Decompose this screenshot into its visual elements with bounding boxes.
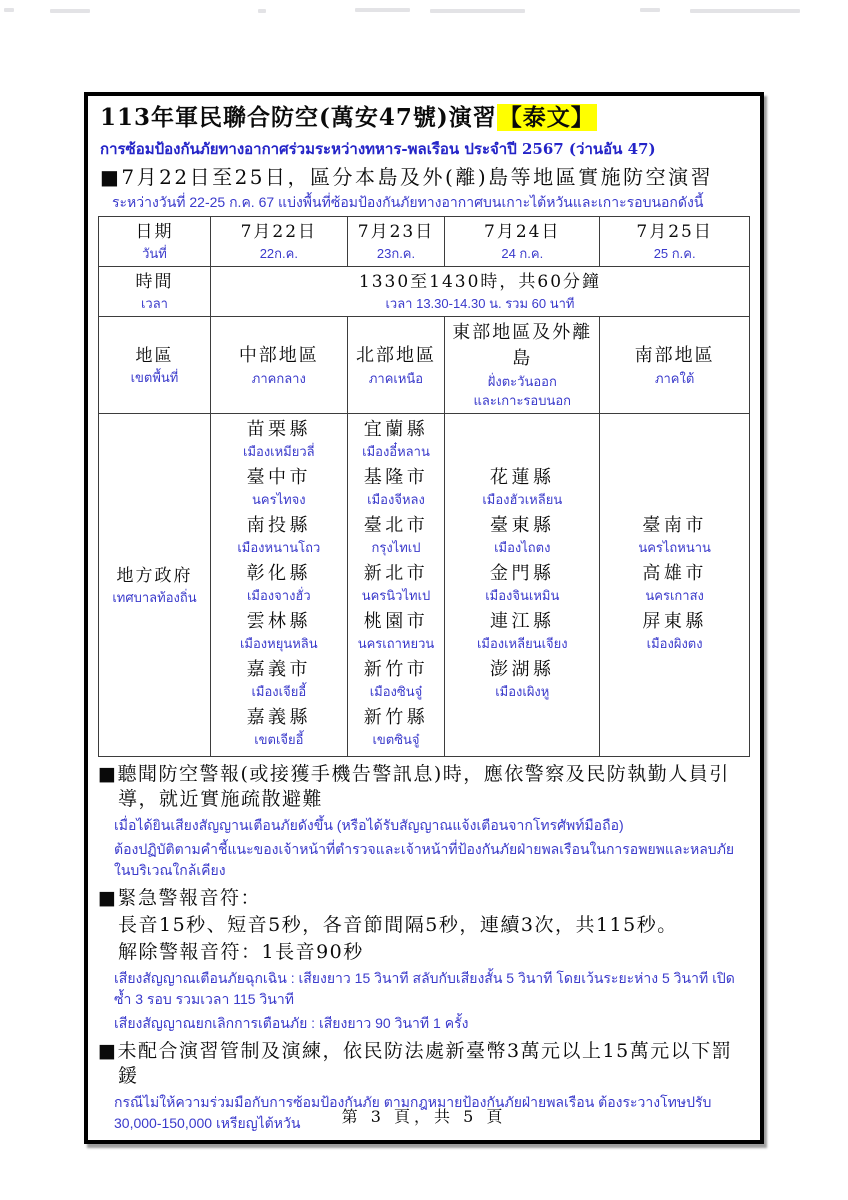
locality-item: 桃園市นครเถาหยวน — [350, 609, 443, 654]
locality-name-zh: 高雄市 — [602, 561, 747, 586]
title-text: 113年軍民聯合防空(萬安47號)演習 — [100, 104, 497, 131]
locality-name-th: เมืองจางฮั่ว — [213, 586, 345, 606]
locality-name-th: เมืองซินจู๋ — [350, 682, 443, 702]
note-th: เสียงสัญญาณยกเลิกการเตือนภัย : เสียงยาว … — [114, 1013, 750, 1034]
locality-item: 宜蘭縣เมืองอี๋หลาน — [350, 417, 443, 462]
locality-item: 臺南市นครไถหนาน — [602, 513, 747, 558]
region-zh: 中部地區 — [213, 343, 345, 369]
locality-name-th: เมืองจีหลง — [350, 490, 443, 510]
region-th: ภาคเหนือ — [350, 370, 443, 388]
note-th: เมื่อได้ยินเสียงสัญญานเตือนภัยดังขึ้น (ห… — [114, 815, 750, 836]
table-row-dates: 日期 วันที่ 7月22日 22ก.ค. 7月23日 23ก.ค. 7月24… — [99, 217, 750, 267]
row-label-time-th: เวลา — [101, 295, 208, 313]
locality-name-th: เมืองเหมียวลี่ — [213, 442, 345, 462]
note-zh-line: 解除警報音符：1長音90秒 — [98, 940, 750, 965]
locality-name-zh: 臺中市 — [213, 465, 345, 490]
note-siren-pattern: ■緊急警報音符： 長音15秒、短音5秒，各音節間隔5秒，連續3次，共115秒。 … — [98, 886, 750, 1034]
date-cell: 7月25日 25 ก.ค. — [600, 217, 750, 267]
date-zh: 7月25日 — [602, 220, 747, 244]
locality-name-th: เขตซินจู๋ — [350, 730, 443, 750]
note-zh: ■未配合演習管制及演練，依民防法處新臺幣3萬元以上15萬元以下罰鍰 — [98, 1039, 750, 1089]
locality-name-zh: 臺北市 — [350, 513, 443, 538]
scan-artifact — [258, 9, 266, 13]
locality-name-zh: 金門縣 — [447, 561, 597, 586]
notice-document: 113年軍民聯合防空(萬安47號)演習【泰文】 การซ้อมป้องกันภั… — [84, 92, 764, 1144]
locality-item: 臺北市กรุงไทเป — [350, 513, 443, 558]
locality-name-zh: 臺南市 — [602, 513, 747, 538]
region-th: ฝั่งตะวันออก — [447, 373, 597, 391]
date-th: 25 ก.ค. — [602, 245, 747, 263]
scan-artifact — [690, 9, 800, 13]
date-zh: 7月24日 — [447, 220, 597, 244]
locality-item: 彰化縣เมืองจางฮั่ว — [213, 561, 345, 606]
locality-name-th: นครไทจง — [213, 490, 345, 510]
locality-item: 基隆市เมืองจีหลง — [350, 465, 443, 510]
section-heading: ■7月22日至25日，區分本島及外(離)島等地區實施防空演習 — [100, 164, 750, 191]
locality-name-zh: 雲林縣 — [213, 609, 345, 634]
section-heading-thai: ระหว่างวันที่ 22-25 ก.ค. 67 แบ่งพื้นที่ซ… — [112, 193, 750, 211]
locality-item: 臺中市นครไทจง — [213, 465, 345, 510]
note-th: ต้องปฏิบัติตามคำชี้แนะของเจ้าหน้าที่ตำรว… — [114, 839, 750, 881]
table-row-local-governments: 地方政府 เทศบาลท้องถิ่น 苗栗縣เมืองเหมียวลี่臺中市… — [99, 414, 750, 757]
region-th: ภาคใต้ — [602, 370, 747, 388]
locality-name-zh: 嘉義縣 — [213, 705, 345, 730]
date-cell: 7月23日 23ก.ค. — [347, 217, 445, 267]
row-label-region-zh: 地區 — [101, 344, 208, 368]
region-zh: 東部地區及外離島 — [447, 320, 597, 372]
date-zh: 7月23日 — [350, 220, 443, 244]
row-label-gov-th: เทศบาลท้องถิ่น — [101, 589, 208, 607]
page-number: 第 3 頁，共 5 頁 — [0, 1104, 848, 1127]
region-cell-central: 中部地區 ภาคกลาง — [210, 317, 347, 414]
locality-list-south: 臺南市นครไถหนาน高雄市นครเกาสง屏東縣เมืองผิงตง — [600, 414, 750, 757]
subtitle-thai: การซ้อมป้องกันภัยทางอากาศร่วมระหว่างทหาร… — [100, 140, 750, 159]
note-zh: ■聽聞防空警報(或接獲手機告警訊息)時，應依警察及民防執勤人員引導，就近實施疏散… — [98, 762, 750, 812]
row-label-region: 地區 เขตพื้นที่ — [99, 317, 211, 414]
scan-artifact — [50, 9, 90, 13]
page-title: 113年軍民聯合防空(萬安47號)演習【泰文】 — [100, 103, 750, 133]
row-label-time: 時間 เวลา — [99, 267, 211, 317]
locality-item: 新竹市เมืองซินจู๋ — [350, 657, 443, 702]
locality-name-zh: 臺東縣 — [447, 513, 597, 538]
locality-name-th: เมืองเจียอี้ — [213, 682, 345, 702]
locality-list-central: 苗栗縣เมืองเหมียวลี่臺中市นครไทจง南投縣เมืองหนานโ… — [210, 414, 347, 757]
region-cell-east: 東部地區及外離島 ฝั่งตะวันออก และเกาะรอบนอก — [445, 317, 600, 414]
locality-name-th: เมืองฮัวเหลียน — [447, 490, 597, 510]
locality-item: 嘉義市เมืองเจียอี้ — [213, 657, 345, 702]
locality-list-east: 花蓮縣เมืองฮัวเหลียน臺東縣เมืองไถตง金門縣เมืองจิน… — [445, 414, 600, 757]
time-cell: 1330至1430時，共60分鐘 เวลา 13.30-14.30 น. รวม… — [210, 267, 749, 317]
date-th: 23ก.ค. — [350, 245, 443, 263]
table-row-regions: 地區 เขตพื้นที่ 中部地區 ภาคกลาง 北部地區 ภาคเหนือ… — [99, 317, 750, 414]
locality-name-th: เมืองไถตง — [447, 538, 597, 558]
date-th: 24 ก.ค. — [447, 245, 597, 263]
table-row-time: 時間 เวลา 1330至1430時，共60分鐘 เวลา 13.30-14.3… — [99, 267, 750, 317]
locality-item: 南投縣เมืองหนานโถว — [213, 513, 345, 558]
locality-item: 花蓮縣เมืองฮัวเหลียน — [447, 465, 597, 510]
row-label-date-zh: 日期 — [101, 220, 208, 244]
scan-artifact — [4, 8, 14, 12]
region-cell-north: 北部地區 ภาคเหนือ — [347, 317, 445, 414]
row-label-date-th: วันที่ — [101, 245, 208, 263]
locality-name-th: กรุงไทเป — [350, 538, 443, 558]
locality-name-zh: 苗栗縣 — [213, 417, 345, 442]
locality-name-zh: 宜蘭縣 — [350, 417, 443, 442]
scan-artifact — [430, 9, 525, 13]
locality-item: 金門縣เมืองจินเหมิน — [447, 561, 597, 606]
row-label-local-gov: 地方政府 เทศบาลท้องถิ่น — [99, 414, 211, 757]
locality-name-zh: 新竹縣 — [350, 705, 443, 730]
note-zh-line: 長音15秒、短音5秒，各音節間隔5秒，連續3次，共115秒。 — [98, 913, 750, 938]
locality-name-th: เมืองอี๋หลาน — [350, 442, 443, 462]
locality-item: 澎湖縣เมืองเผิงหู — [447, 657, 597, 702]
exercise-schedule-table: 日期 วันที่ 7月22日 22ก.ค. 7月23日 23ก.ค. 7月24… — [98, 216, 750, 757]
date-th: 22ก.ค. — [213, 245, 345, 263]
locality-name-th: เมืองเผิงหู — [447, 682, 597, 702]
locality-name-th: นครเถาหยวน — [350, 634, 443, 654]
note-zh-heading: ■緊急警報音符： — [98, 886, 750, 911]
scan-artifact — [355, 8, 410, 12]
time-th: เวลา 13.30-14.30 น. รวม 60 นาที — [213, 295, 747, 313]
row-label-gov-zh: 地方政府 — [101, 564, 208, 588]
locality-item: 嘉義縣เขตเจียอี้ — [213, 705, 345, 750]
note-th: เสียงสัญญาณเตือนภัยฉุกเฉิน : เสียงยาว 15… — [114, 968, 750, 1010]
locality-name-zh: 連江縣 — [447, 609, 597, 634]
locality-name-th: นครเกาสง — [602, 586, 747, 606]
locality-item: 高雄市นครเกาสง — [602, 561, 747, 606]
locality-name-zh: 南投縣 — [213, 513, 345, 538]
title-language-tag: 【泰文】 — [497, 104, 597, 131]
row-label-time-zh: 時間 — [101, 270, 208, 294]
locality-name-zh: 彰化縣 — [213, 561, 345, 586]
locality-name-th: เมืองผิงตง — [602, 634, 747, 654]
locality-name-th: นครไถหนาน — [602, 538, 747, 558]
locality-name-th: เมืองจินเหมิน — [447, 586, 597, 606]
region-th-line2: และเกาะรอบนอก — [447, 392, 597, 410]
scan-artifact — [640, 8, 660, 12]
locality-name-zh: 基隆市 — [350, 465, 443, 490]
locality-item: 苗栗縣เมืองเหมียวลี่ — [213, 417, 345, 462]
locality-name-zh: 新北市 — [350, 561, 443, 586]
locality-name-zh: 嘉義市 — [213, 657, 345, 682]
locality-item: 臺東縣เมืองไถตง — [447, 513, 597, 558]
locality-name-zh: 澎湖縣 — [447, 657, 597, 682]
region-zh: 南部地區 — [602, 343, 747, 369]
locality-name-zh: 新竹市 — [350, 657, 443, 682]
locality-name-th: เมืองหนานโถว — [213, 538, 345, 558]
locality-name-zh: 桃園市 — [350, 609, 443, 634]
date-zh: 7月22日 — [213, 220, 345, 244]
note-alert-guidance: ■聽聞防空警報(或接獲手機告警訊息)時，應依警察及民防執勤人員引導，就近實施疏散… — [98, 762, 750, 881]
region-cell-south: 南部地區 ภาคใต้ — [600, 317, 750, 414]
notes-section: ■聽聞防空警報(或接獲手機告警訊息)時，應依警察及民防執勤人員引導，就近實施疏散… — [98, 762, 750, 1134]
locality-name-th: เมืองหยุนหลิน — [213, 634, 345, 654]
locality-name-zh: 屏東縣 — [602, 609, 747, 634]
region-th: ภาคกลาง — [213, 370, 345, 388]
row-label-region-th: เขตพื้นที่ — [101, 369, 208, 387]
locality-item: 連江縣เมืองเหลียนเจียง — [447, 609, 597, 654]
time-zh: 1330至1430時，共60分鐘 — [213, 270, 747, 294]
locality-item: 屏東縣เมืองผิงตง — [602, 609, 747, 654]
locality-list-north: 宜蘭縣เมืองอี๋หลาน基隆市เมืองจีหลง臺北市กรุงไทเป新… — [347, 414, 445, 757]
region-zh: 北部地區 — [350, 343, 443, 369]
date-cell: 7月22日 22ก.ค. — [210, 217, 347, 267]
date-cell: 7月24日 24 ก.ค. — [445, 217, 600, 267]
locality-name-th: เมืองเหลียนเจียง — [447, 634, 597, 654]
locality-item: 新竹縣เขตซินจู๋ — [350, 705, 443, 750]
locality-item: 雲林縣เมืองหยุนหลิน — [213, 609, 345, 654]
locality-item: 新北市นครนิวไทเป — [350, 561, 443, 606]
locality-name-th: เขตเจียอี้ — [213, 730, 345, 750]
locality-name-zh: 花蓮縣 — [447, 465, 597, 490]
locality-name-th: นครนิวไทเป — [350, 586, 443, 606]
row-label-date: 日期 วันที่ — [99, 217, 211, 267]
